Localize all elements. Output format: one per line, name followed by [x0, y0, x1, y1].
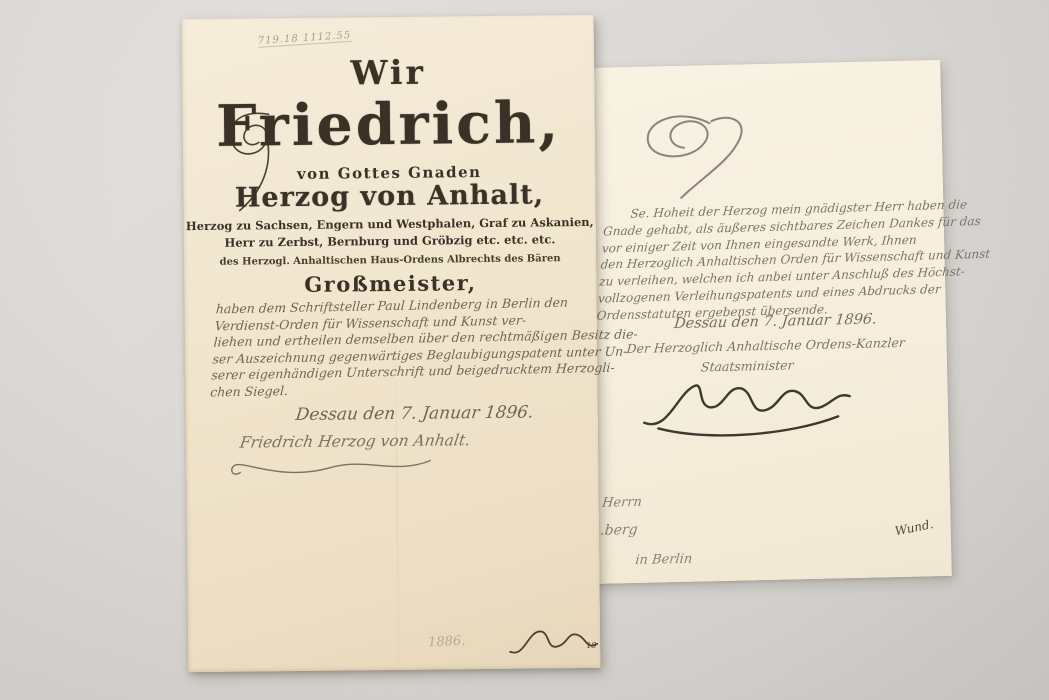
patent-subtitle-2: Herr zu Zerbst, Bernburg und Gröbzig etc…: [184, 232, 596, 250]
patent-subtitle-1: Herzog zu Sachsen, Engern und Westphalen…: [184, 215, 596, 233]
letter-office-line: Der Herzoglich Anhaltische Ordens-Kanzle…: [626, 335, 905, 356]
patent-subtitle-3: des Herzogl. Anhaltischen Haus-Ordens Al…: [184, 253, 596, 268]
calligraphic-flourish-mark: [631, 104, 763, 202]
letter-date-line: Dessau den 7. Januar 1896.: [673, 311, 877, 332]
address-line-city: in Berlin: [635, 552, 693, 568]
transmittal-letter-document: Se. Hoheit der Herzog mein gnädigster He…: [578, 60, 952, 584]
countersignature-number: 18: [586, 641, 596, 650]
patent-line-herzog-von-anhalt: Herzog von Anhalt,: [183, 179, 595, 214]
award-patent-document: 719.18 1112.55 Wir Friedrich, von Gottes…: [182, 15, 601, 672]
patent-heading-wir: Wir: [182, 51, 594, 94]
pencil-inventory-note: 719.18 1112.55: [258, 30, 352, 48]
pencil-number-note: 1886.: [428, 634, 466, 651]
ink-signature-mark: [637, 368, 869, 443]
letter-body-text: Se. Hoheit der Herzog mein gnädigster He…: [596, 197, 939, 324]
address-line-herrn: Herrn: [601, 495, 642, 511]
signature-underline-flourish-mark: [226, 453, 436, 485]
ducal-signature: Friedrich Herzog von Anhalt.: [239, 431, 472, 451]
patent-date-line: Dessau den 7. Januar 1896.: [295, 402, 535, 425]
photo-background: Se. Hoheit der Herzog mein gnädigster He…: [0, 0, 1049, 700]
patent-heading-name: Friedrich,: [182, 89, 595, 160]
patent-line-grossmeister: Großmeister,: [184, 269, 596, 298]
patent-body-text: haben dem Schriftsteller Paul Lindenberg…: [210, 294, 581, 400]
corner-ink-note: Wund.: [894, 517, 935, 538]
